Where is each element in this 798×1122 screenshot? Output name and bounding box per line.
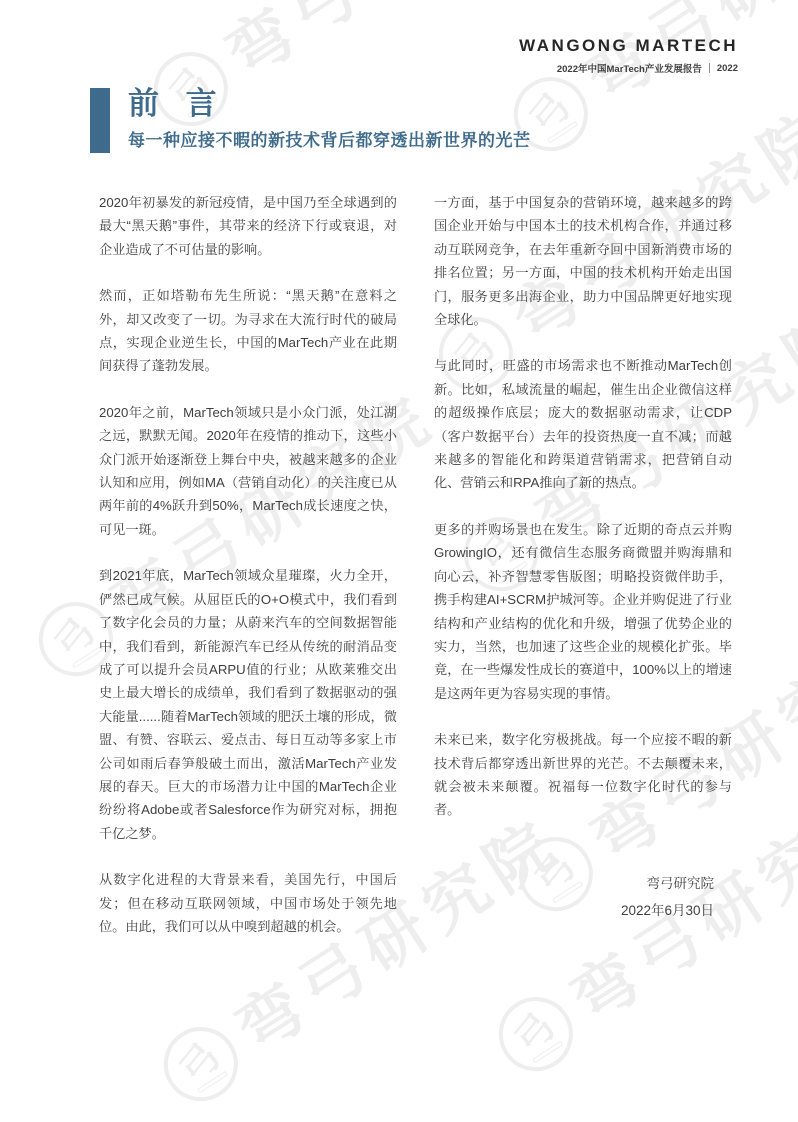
watermark-logo-icon: 弓 — [150, 1013, 252, 1115]
right-column-paragraphs: 一方面，基于中国复杂的营销环境，越来越多的跨国企业开始与中国本土的技术机构合作，… — [434, 191, 732, 822]
report-name: 2022年中国MarTech产业发展报告 — [557, 61, 702, 75]
title-block: 前 言 每一种应接不暇的新技术背后都穿透出新世界的光芒 — [90, 88, 531, 153]
signature-org: 弯弓研究院 — [434, 870, 714, 897]
signature-date: 2022年6月30日 — [434, 897, 714, 924]
paragraph: 与此同时，旺盛的市场需求也不断推动MarTech创新。比如，私域流量的崛起，催生… — [434, 354, 732, 494]
right-column: 一方面，基于中国复杂的营销环境，越来越多的跨国企业开始与中国本土的技术机构合作，… — [434, 191, 732, 961]
accent-bar — [90, 88, 110, 153]
bow-glyph-icon: 弓 — [174, 1037, 227, 1090]
watermark-logo-subbar — [532, 1041, 563, 1064]
paragraph: 一方面，基于中国复杂的营销环境，越来越多的跨国企业开始与中国本土的技术机构合作，… — [434, 191, 732, 331]
title-text: 前 言 每一种应接不暇的新技术背后都穿透出新世界的光芒 — [128, 88, 531, 153]
page-subtitle: 每一种应接不暇的新技术背后都穿透出新世界的光芒 — [128, 132, 531, 151]
bow-glyph-icon: 弓 — [524, 87, 577, 140]
header-divider — [709, 63, 710, 73]
paragraph: 然而，正如塔勒布先生所说：“黑天鹅”在意料之外，却又改变了一切。为寻求在大流行时… — [99, 284, 397, 378]
watermark-tile: 弓弯弓研究院 — [500, 0, 798, 165]
report-header: WANGONG MARTECH 2022年中国MarTech产业发展报告 202… — [519, 36, 738, 75]
report-year: 2022 — [717, 63, 738, 74]
signature-block: 弯弓研究院 2022年6月30日 — [434, 870, 732, 924]
watermark-logo-icon: 弓 — [485, 983, 587, 1085]
bow-glyph-icon: 弓 — [509, 1007, 562, 1060]
paragraph: 未来已来，数字化穷极挑战。每一个应接不暇的新技术背后都穿透出新世界的光芒。不去颠… — [434, 728, 732, 822]
brand-title: WANGONG MARTECH — [519, 36, 738, 56]
paragraph: 更多的并购场景也在发生。除了近期的奇点云并购GrowingIO，还有微信生态服务… — [434, 518, 732, 705]
paragraph: 从数字化进程的大背景来看，美国先行，中国后发；但在移动互联网领域，中国市场处于领… — [99, 868, 397, 938]
watermark-logo-subbar — [197, 1071, 228, 1094]
watermark-logo-subbar — [547, 121, 578, 144]
bow-glyph-icon: 弓 — [49, 612, 102, 665]
paragraph: 到2021年底，MarTech领域众星璀璨，火力全开，俨然已成气候。从屈臣氏的O… — [99, 564, 397, 845]
page-title: 前 言 — [128, 88, 531, 121]
paragraph: 2020年之前，MarTech领域只是小众门派，处江湖之远，默默无闻。2020年… — [99, 401, 397, 541]
report-page: 弓弯弓研究院弓弯弓研究院弓弯弓研究院弓弯弓研究院弓弯弓研究院弓弯弓研究院弓弯弓研… — [0, 0, 798, 1122]
watermark-text: 弯弓研究院 — [216, 0, 561, 88]
left-column: 2020年初暴发的新冠疫情，是中国乃至全球遇到的最大“黑天鹅”事件，其带来的经济… — [99, 191, 397, 961]
report-subtitle: 2022年中国MarTech产业发展报告 2022 — [519, 61, 738, 75]
paragraph: 2020年初暴发的新冠疫情，是中国乃至全球遇到的最大“黑天鹅”事件，其带来的经济… — [99, 191, 397, 261]
body-columns: 2020年初暴发的新冠疫情，是中国乃至全球遇到的最大“黑天鹅”事件，其带来的经济… — [99, 191, 732, 961]
